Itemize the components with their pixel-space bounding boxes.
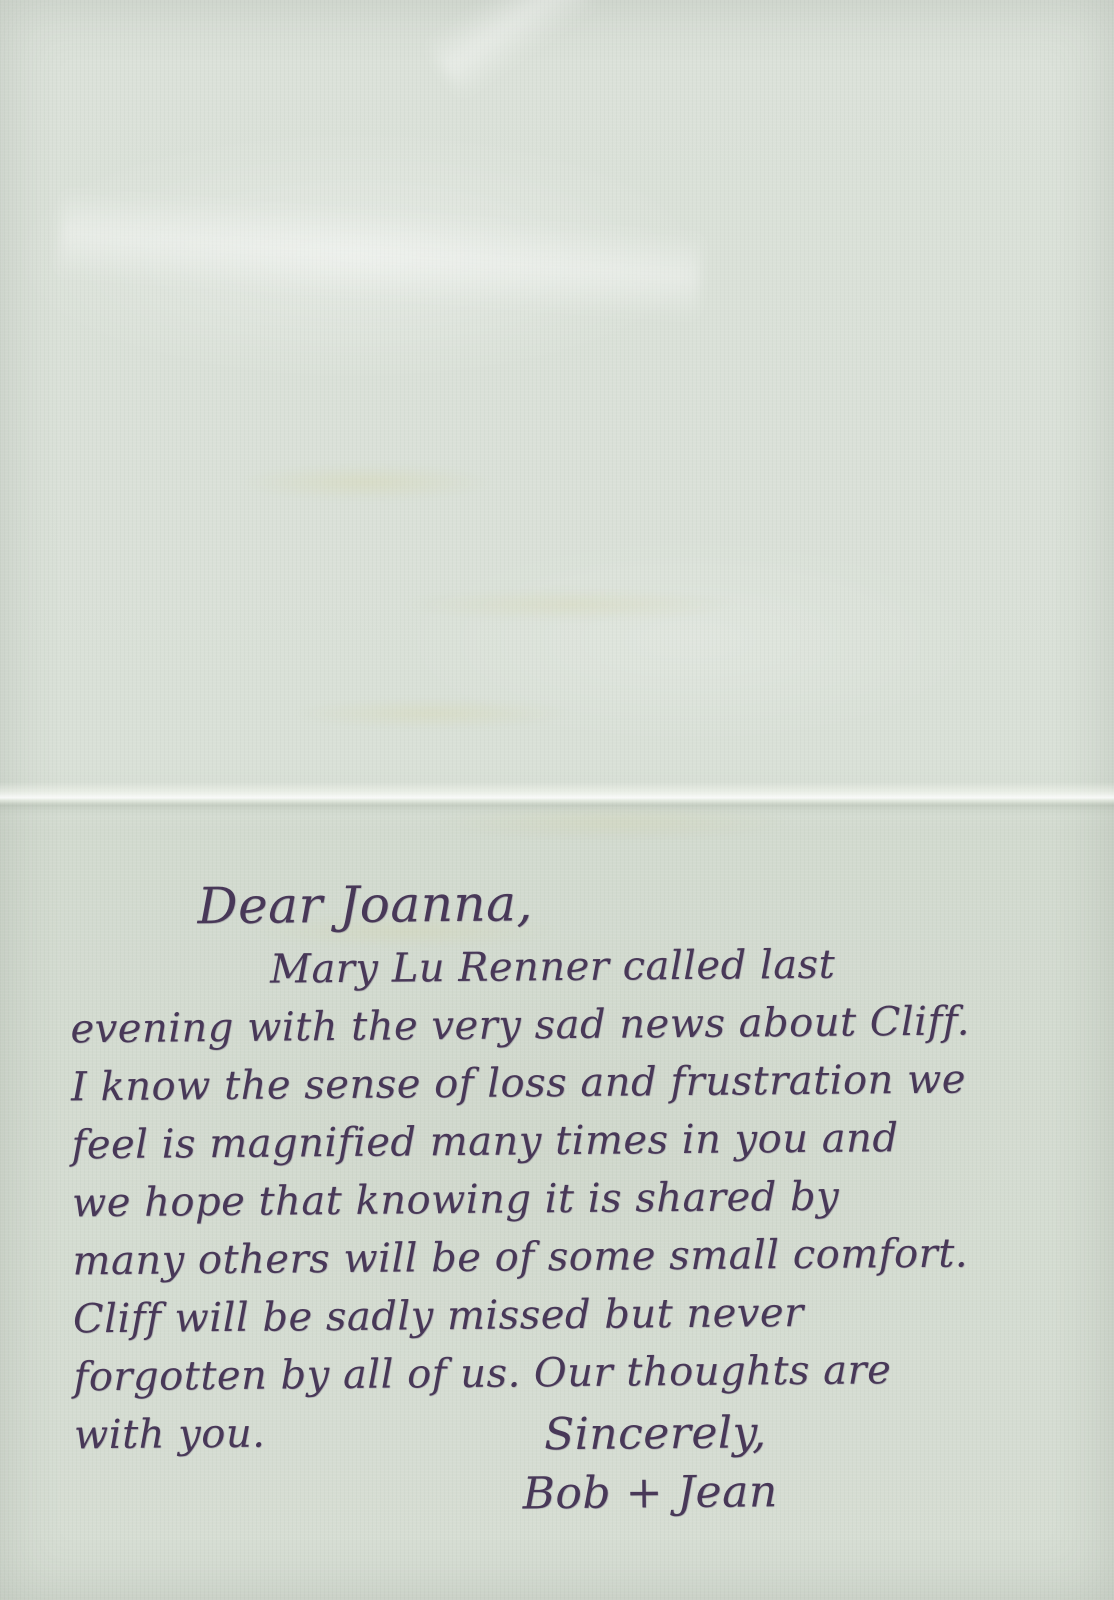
letter-line: Cliff will be sadly missed but never xyxy=(73,1282,1073,1349)
scanned-letter-page: Dear Joanna, Mary Lu Renner called last … xyxy=(0,0,1114,1600)
letter-line: with you. xyxy=(74,1405,266,1465)
letter-line: forgotten by all of us. Our thoughts are xyxy=(73,1340,1073,1407)
letter-line: evening with the very sad news about Cli… xyxy=(70,992,1070,1059)
letter-line: we hope that knowing it is shared by xyxy=(72,1166,1072,1233)
letter-line: many others will be of some small comfor… xyxy=(72,1224,1072,1291)
paper-wrinkle-sheen-top xyxy=(424,0,595,100)
paper-wrinkle-sheen xyxy=(58,188,703,322)
salutation: Dear Joanna, xyxy=(197,864,1070,942)
letter-line: feel is magnified many times in you and xyxy=(71,1108,1071,1175)
signature: Bob + Jean xyxy=(522,1460,1075,1525)
closing: Sincerely, xyxy=(544,1404,767,1464)
letter-line: I know the sense of loss and frustration… xyxy=(71,1050,1071,1117)
letter-line: Mary Lu Renner called last xyxy=(270,934,1070,999)
handwritten-letter: Dear Joanna, Mary Lu Renner called last … xyxy=(69,864,1075,1529)
fold-crease xyxy=(0,782,1114,816)
signoff-row: with you. Sincerely, xyxy=(74,1398,1074,1465)
